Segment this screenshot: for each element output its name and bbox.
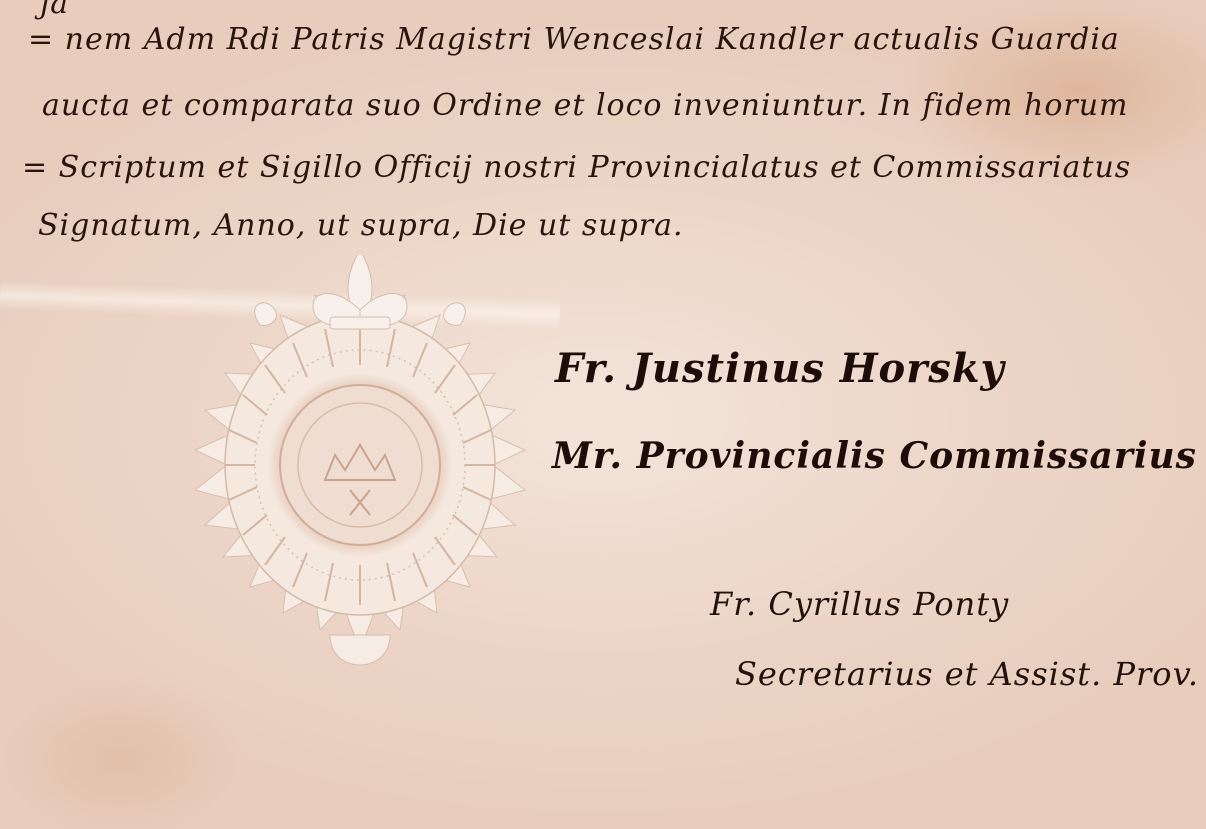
signature-1-title: Mr. Provincialis Commissarius Gen. (552, 435, 1206, 477)
top-partial-text: ja (40, 0, 69, 21)
body-line-4: Signatum, Anno, ut supra, Die ut supra. (38, 208, 684, 243)
body-line-1: = nem Adm Rdi Patris Magistri Wenceslai … (28, 22, 1120, 57)
body-line-2: aucta et comparata suo Ordine et loco in… (42, 88, 1129, 123)
manuscript-page: ja = nem Adm Rdi Patris Magistri Wencesl… (0, 0, 1206, 829)
body-line-3: = Scriptum et Sigillo Officij nostri Pro… (22, 150, 1131, 185)
signature-2-title: Secretarius et Assist. Prov. (735, 655, 1199, 693)
seal-graphic-icon (165, 255, 555, 675)
embossed-seal: … CONV … HORS … (165, 255, 555, 675)
signature-1-name: Fr. Justinus Horsky (555, 345, 1005, 392)
signature-2-name: Fr. Cyrillus Ponty (710, 585, 1009, 623)
